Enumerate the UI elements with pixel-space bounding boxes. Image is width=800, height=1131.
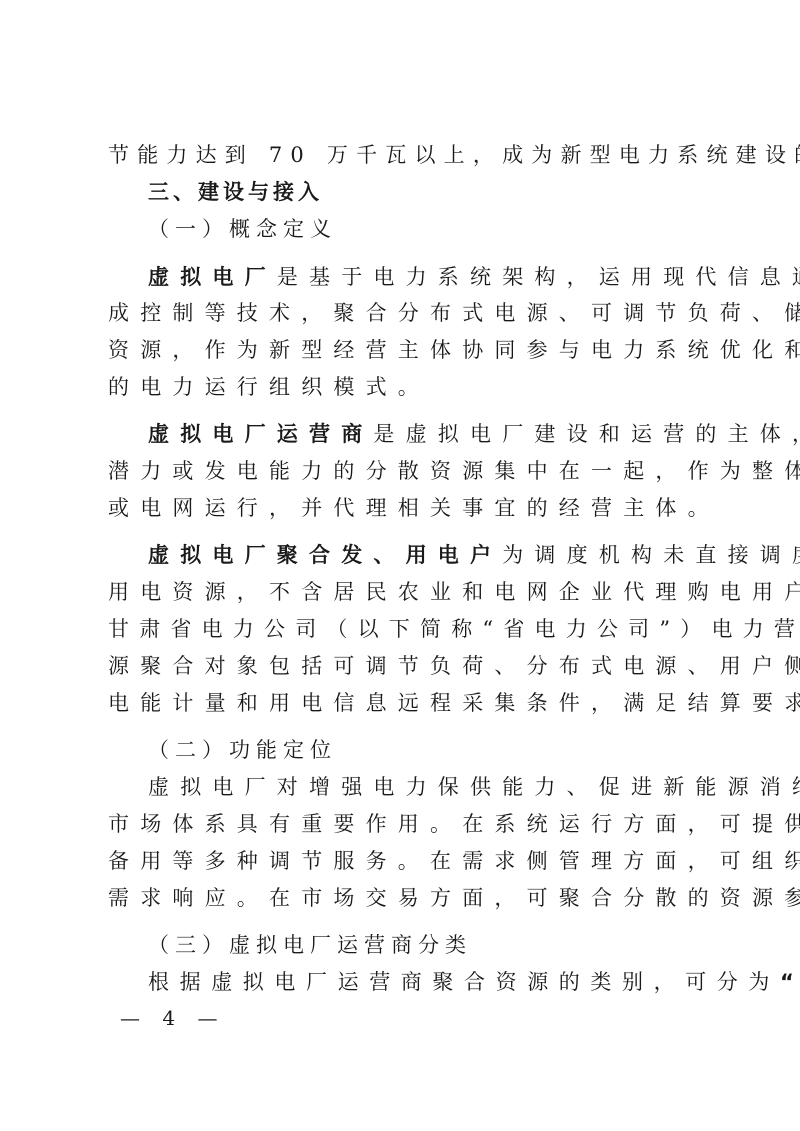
paragraph-line: 市场体系具有重要作用。在系统运行方面，可提供调峰、调频、 xyxy=(108,808,800,840)
paragraph-line: 用电资源，不含居民农业和电网企业代理购电用户，应具有国网 xyxy=(108,576,800,608)
paragraph-text: 是基于电力系统架构，运用现代信息通信、系统集 xyxy=(277,265,800,289)
paragraph-line: 根据虚拟电厂运营商聚合资源的类别，可分为“电源型”、 xyxy=(148,966,800,998)
bold-term: “电源型” xyxy=(780,970,800,994)
paragraph-text: 根据虚拟电厂运营商聚合资源的类别，可分为 xyxy=(148,970,780,994)
paragraph-line: 虚拟电厂聚合发、用电户为调度机构未直接调度控制的发、 xyxy=(148,539,800,571)
subsection-heading: （三）虚拟电厂运营商分类 xyxy=(148,929,472,961)
page-number: — 4 — xyxy=(120,1006,225,1030)
paragraph-line: 备用等多种调节服务。在需求侧管理方面，可组织负荷资源开展 xyxy=(108,845,800,877)
paragraph-line: 成控制等技术，聚合分布式电源、可调节负荷、储能等各类分散 xyxy=(108,297,800,329)
paragraph-line: 甘肃省电力公司（以下简称“省电力公司”）电力营销户号，资 xyxy=(108,613,800,645)
paragraph-line: 虚拟电厂对增强电力保供能力、促进新能源消纳、完善电力 xyxy=(148,771,800,803)
bold-term: 虚拟电厂 xyxy=(148,265,277,289)
body-line: 节能力达到 70 万千瓦以上，成为新型电力系统建设的重要支撑。 xyxy=(108,139,800,171)
paragraph-line: 需求响应。在市场交易方面，可聚合分散的资源参与市场交易。 xyxy=(108,882,800,914)
paragraph-line: 虚拟电厂运营商是虚拟电厂建设和运营的主体，将具备可调 xyxy=(148,418,800,450)
paragraph-line: 潜力或发电能力的分散资源集中在一起，作为整体参与电力市场 xyxy=(108,455,800,487)
paragraph-line: 虚拟电厂是基于电力系统架构，运用现代信息通信、系统集 xyxy=(148,261,800,293)
paragraph-line: 的电力运行组织模式。 xyxy=(108,371,430,403)
paragraph-line: 或电网运行，并代理相关事宜的经营主体。 xyxy=(108,492,720,524)
paragraph-text: 为调度机构未直接调度控制的发、 xyxy=(502,543,800,567)
paragraph-line: 电能计量和用电信息远程采集条件，满足结算要求。 xyxy=(108,687,800,719)
section-heading: 三、建设与接入 xyxy=(148,176,323,208)
bold-term: 虚拟电厂聚合发、用电户 xyxy=(148,543,502,567)
paragraph-line: 资源，作为新型经营主体协同参与电力系统优化和电力市场交易 xyxy=(108,334,800,366)
bold-term: 虚拟电厂运营商 xyxy=(148,422,373,446)
subsection-heading: （一）概念定义 xyxy=(148,213,337,245)
paragraph-text: 是虚拟电厂建设和运营的主体，将具备可调 xyxy=(373,422,800,446)
paragraph-line: 源聚合对象包括可调节负荷、分布式电源、用户侧储能等，具备 xyxy=(108,650,800,682)
subsection-heading: （二）功能定位 xyxy=(148,734,337,766)
